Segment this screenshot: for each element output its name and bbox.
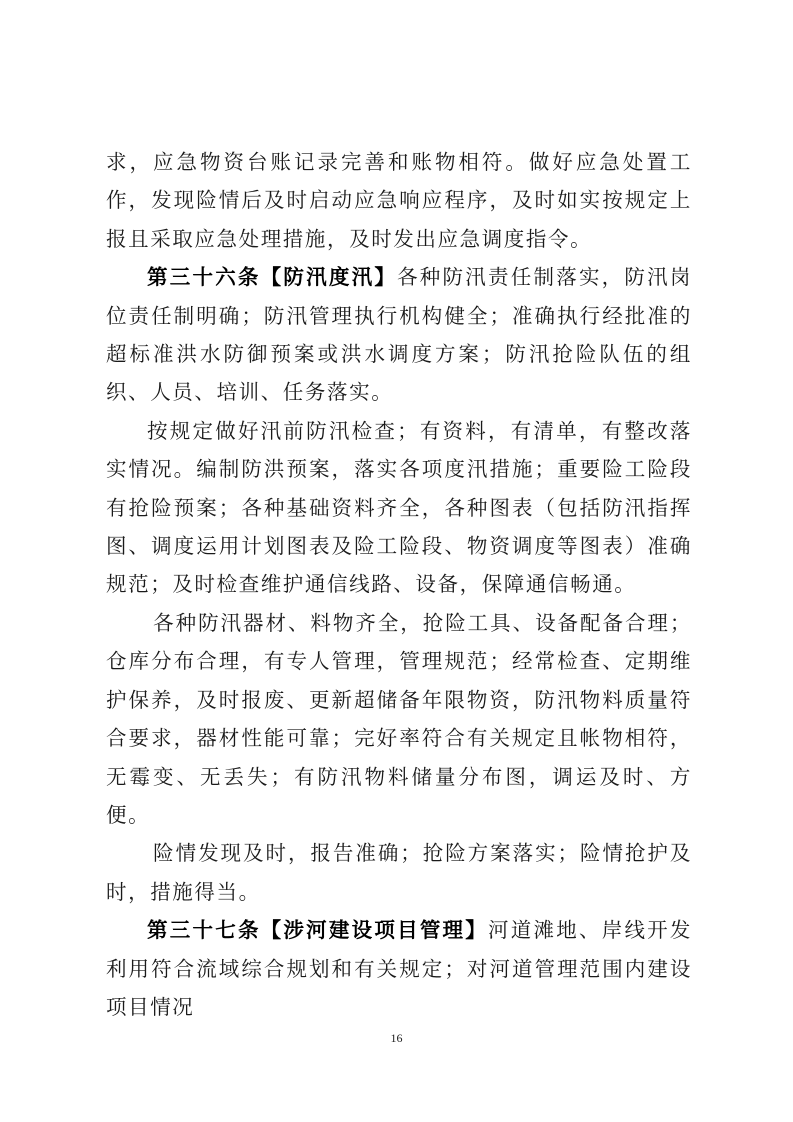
paragraph-emergency-continued: 求，应急物资台账记录完善和账物相符。做好应急处置工作，发现险情后及时启动应急响应… (106, 143, 692, 258)
paragraph-article-36: 第三十六条【防汛度汛】各种防汛责任制落实，防汛岗位责任制明确；防汛管理执行机构健… (106, 258, 692, 412)
paragraph-emergency-response: 险情发现及时，报告准确；抢险方案落实；险情抢护及时，措施得当。 (106, 834, 692, 911)
page-number: 16 (0, 1031, 793, 1046)
article-heading: 第三十七条【涉河建设项目管理】 (147, 918, 488, 942)
body-text: 求，应急物资台账记录完善和账物相符。做好应急处置工作，发现险情后及时启动应急响应… (106, 143, 692, 1026)
paragraph-text: 求，应急物资台账记录完善和账物相符。做好应急处置工作，发现险情后及时启动应急响应… (106, 150, 692, 251)
article-heading: 第三十六条【防汛度汛】 (147, 265, 397, 289)
paragraph-text: 各种防汛器材、料物齐全，抢险工具、设备配备合理；仓库分布合理，有专人管理，管理规… (106, 611, 692, 827)
paragraph-flood-materials: 各种防汛器材、料物齐全，抢险工具、设备配备合理；仓库分布合理，有专人管理，管理规… (106, 604, 692, 834)
paragraph-text: 险情发现及时，报告准确；抢险方案落实；险情抢护及时，措施得当。 (106, 841, 692, 903)
paragraph-flood-inspection: 按规定做好汛前防汛检查；有资料，有清单，有整改落实情况。编制防洪预案，落实各项度… (106, 412, 692, 604)
paragraph-text: 按规定做好汛前防汛检查；有资料，有清单，有整改落实情况。编制防洪预案，落实各项度… (106, 419, 692, 597)
paragraph-article-37: 第三十七条【涉河建设项目管理】河道滩地、岸线开发利用符合流域综合规划和有关规定；… (106, 911, 692, 1026)
document-page: 求，应急物资台账记录完善和账物相符。做好应急处置工作，发现险情后及时启动应急响应… (0, 0, 793, 1122)
